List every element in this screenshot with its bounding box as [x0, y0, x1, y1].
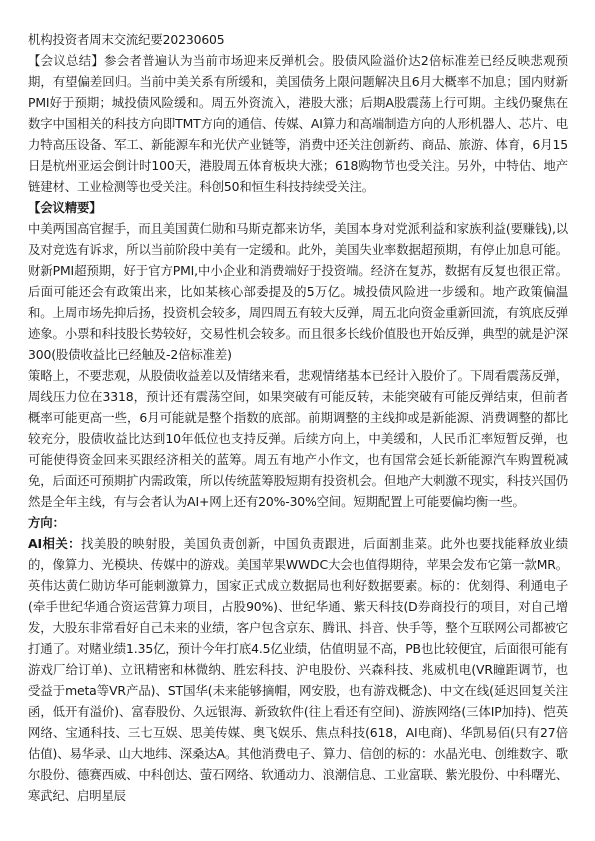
summary-paragraph: 【会议总结】参会者普遍认为当前市场迎来反弹机会。股债风险溢价达2倍标准差已经反映… [28, 50, 568, 197]
ai-section-label: AI相关： [28, 536, 81, 551]
document-title: 机构投资者周末交流纪要20230605 [28, 29, 568, 50]
summary-text: 参会者普遍认为当前市场迎来反弹机会。股债风险溢价达2倍标准差已经反映悲观预期，有… [28, 53, 568, 194]
summary-label: 【会议总结】 [28, 53, 104, 68]
document-page: 机构投资者周末交流纪要20230605 【会议总结】参会者普遍认为当前市场迎来反… [28, 29, 568, 806]
highlights-heading: 【会议精要】 [28, 197, 568, 218]
ai-section-text: 找美股的映射股，美国负责创新，中国负责跟进，后面割韭菜。此外也要找能释放业绩的，… [28, 536, 568, 803]
highlights-paragraph-1: 中美两国高官握手，而且美国黄仁勋和马斯克都来访华，美国本身对党派利益和家族利益(… [28, 218, 568, 365]
strategy-paragraph: 策略上，不要悲观，从股债收益差以及情绪来看，悲观情绪基本已经计入股价了。下周看震… [28, 365, 568, 512]
ai-section-paragraph: AI相关：找美股的映射股，美国负责创新，中国负责跟进，后面割韭菜。此外也要找能释… [28, 533, 568, 806]
direction-heading: 方向： [28, 512, 568, 533]
